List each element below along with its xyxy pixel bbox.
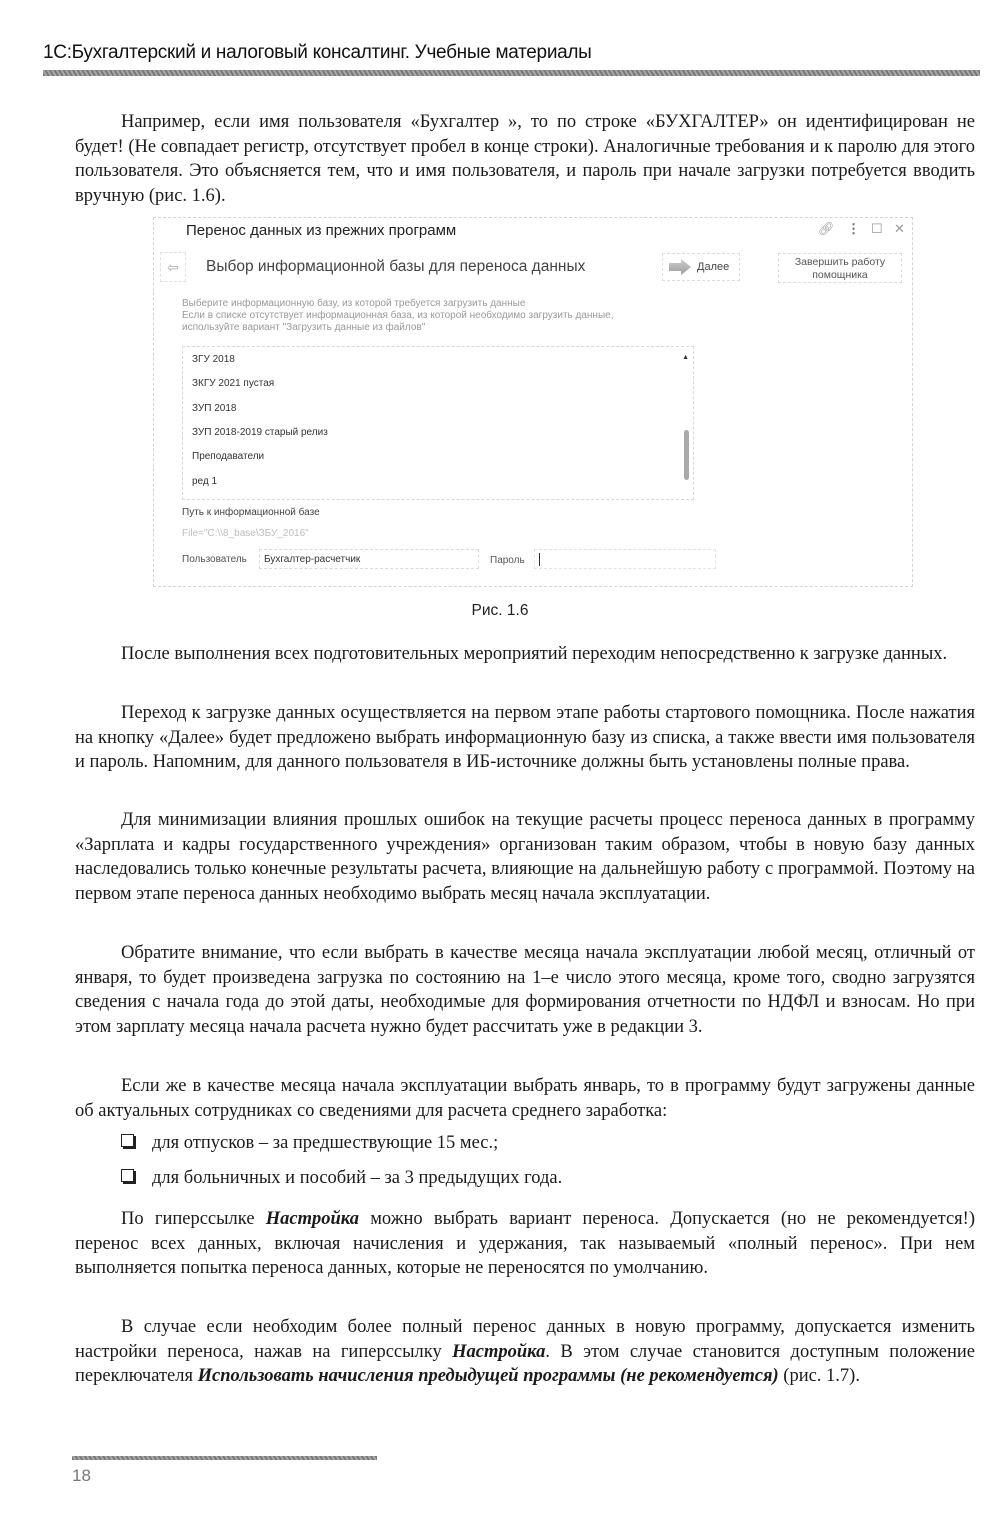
paragraph-4: Для минимизации влияния прошлых ошибок н… [75, 808, 975, 906]
paragraph-4-text: Для минимизации влияния прошлых ошибок н… [75, 810, 975, 904]
list-item[interactable]: ред 1 [192, 476, 217, 487]
paragraph-2-text: После выполнения всех подготовительных м… [121, 644, 947, 664]
checkbox-bullet-icon [121, 1169, 134, 1182]
option-name: Использовать начисления предыдущей прогр… [198, 1366, 779, 1386]
path-value: File="C:\\8_base\ЗБУ_2016" [182, 528, 309, 539]
hint-line-1: Выберите информационную базу, из которой… [182, 298, 613, 310]
finish-label-line2: помощника [779, 269, 901, 282]
arrow-right-icon [669, 259, 691, 275]
next-button[interactable]: Далее [662, 253, 740, 281]
paragraph-1: Например, если имя пользователя «Бухгалт… [75, 110, 975, 208]
bullet-item: для больничных и пособий – за 3 предыдущ… [121, 1168, 562, 1189]
page-number: 18 [72, 1466, 91, 1486]
paragraph-6-text: Если же в качестве месяца начала эксплуа… [75, 1076, 975, 1121]
instruction-hint: Выберите информационную базу, из которой… [182, 298, 613, 334]
password-field[interactable] [534, 549, 716, 569]
settings-link: Настройка [266, 1209, 359, 1229]
finish-wizard-button[interactable]: Завершить работу помощника [778, 253, 902, 283]
list-item[interactable]: ЗУП 2018 [192, 403, 237, 414]
list-item[interactable]: ЗГУ 2018 [192, 354, 235, 365]
paragraph-1-text: Например, если имя пользователя «Бухгалт… [75, 112, 975, 206]
footer-divider [72, 1456, 377, 1460]
paragraph-8: В случае если необходим более полный пер… [75, 1315, 975, 1389]
close-icon[interactable]: ✕ [894, 221, 905, 237]
paragraph-7: По гиперссылке Настройка можно выбрать в… [75, 1207, 975, 1281]
more-vertical-icon[interactable]: ⋮ [847, 221, 860, 237]
paragraph-5-text: Обратите внимание, что если выбрать в ка… [75, 943, 975, 1037]
paragraph-5: Обратите внимание, что если выбрать в ка… [75, 941, 975, 1039]
paragraph-7-text-a: По гиперссылке [121, 1209, 266, 1229]
list-item[interactable]: Преподаватели [192, 451, 264, 462]
password-label: Пароль [490, 555, 525, 566]
maximize-icon[interactable]: ☐ [871, 221, 883, 237]
path-label: Путь к информационной базе [182, 507, 320, 518]
checkbox-bullet-icon [121, 1134, 134, 1147]
back-button[interactable]: ⇦ [160, 252, 186, 282]
paragraph-3: Переход к загрузке данных осуществляется… [75, 701, 975, 775]
user-field[interactable]: Бухгалтер-расчетчик [259, 549, 479, 569]
user-label: Пользователь [182, 554, 247, 565]
step-title: Выбор информационной базы для переноса д… [206, 258, 585, 276]
paragraph-6: Если же в качестве месяца начала эксплуа… [75, 1074, 975, 1123]
list-item[interactable]: ЗКГУ 2021 пустая [192, 378, 274, 389]
bullet-text: для больничных и пособий – за 3 предыдущ… [152, 1168, 562, 1188]
infobase-list[interactable]: ЗГУ 2018 ЗКГУ 2021 пустая ЗУП 2018 ЗУП 2… [182, 346, 694, 500]
finish-label-line1: Завершить работу [779, 256, 901, 269]
link-icon[interactable]: 🔗︎ [818, 221, 835, 237]
scroll-up-icon[interactable]: ▲ [682, 354, 689, 361]
text-caret [539, 553, 540, 566]
hint-line-2: Если в списке отсутствует информационная… [182, 310, 613, 322]
header-divider [43, 70, 980, 76]
hint-line-3: используйте вариант "Загрузить данные из… [182, 322, 613, 334]
scrollbar-thumb[interactable] [684, 430, 689, 480]
paragraph-3-text: Переход к загрузке данных осуществляется… [75, 703, 975, 772]
list-item[interactable]: ЗУП 2018-2019 старый релиз [192, 427, 328, 438]
paragraph-2: После выполнения всех подготовительных м… [75, 642, 975, 667]
arrow-left-icon: ⇦ [167, 259, 179, 276]
settings-link: Настройка [452, 1342, 545, 1362]
bullet-item: для отпусков – за предшествующие 15 мес.… [121, 1133, 498, 1154]
window-title: Перенос данных из прежних программ [186, 222, 456, 239]
transfer-wizard-window: Перенос данных из прежних программ 🔗︎ ⋮ … [153, 217, 913, 587]
paragraph-8-text-c: (рис. 1.7). [779, 1366, 860, 1386]
next-button-label: Далее [697, 261, 729, 273]
bullet-text: для отпусков – за предшествующие 15 мес.… [152, 1133, 498, 1153]
figure-caption: Рис. 1.6 [0, 602, 1000, 620]
header-title: 1С:Бухгалтерский и налоговый консалтинг.… [43, 42, 592, 64]
